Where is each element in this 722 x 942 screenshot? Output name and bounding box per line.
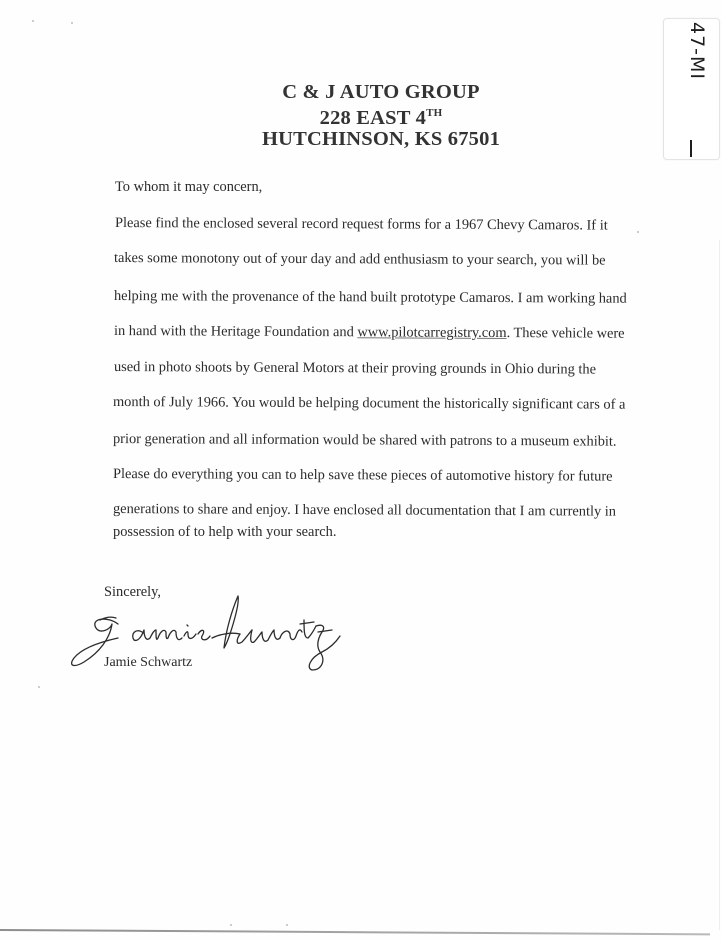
margin-tag-tick-mark xyxy=(690,140,692,157)
body-line: used in photo shoots by General Motors a… xyxy=(114,359,596,379)
company-name: C & J AUTO GROUP xyxy=(250,82,512,103)
body-line: generations to share and enjoy. I have e… xyxy=(113,501,616,521)
body-line: Please do everything you can to help sav… xyxy=(113,466,613,486)
body-line: possession of to help with your search. xyxy=(113,524,336,541)
scan-speck xyxy=(38,686,40,688)
pilotcarregistry-link[interactable]: www.pilotcarregistry.com xyxy=(357,324,506,341)
scan-speck xyxy=(286,924,288,926)
body-line: prior generation and all information wou… xyxy=(113,431,617,451)
body-line: helping me with the provenance of the ha… xyxy=(114,288,627,308)
body-line: in hand with the Heritage Foundation and… xyxy=(114,323,625,343)
scan-speck xyxy=(71,22,73,24)
scanned-letter-page: 47-MI C & J AUTO GROUP 228 EAST 4TH HUTC… xyxy=(0,0,722,942)
body-line-text: . These vehicle were xyxy=(507,325,625,342)
street-address: 228 EAST 4TH xyxy=(250,103,512,129)
body-line: month of July 1966. You would be helping… xyxy=(113,394,625,414)
body-line: takes some monotony out of your day and … xyxy=(114,250,606,270)
signer-name: Jamie Schwartz xyxy=(104,655,192,671)
page-bottom-edge xyxy=(0,929,710,935)
street-address-text: 228 EAST 4 xyxy=(320,107,426,129)
body-line: Please find the enclosed several record … xyxy=(115,215,608,235)
city-state-zip: HUTCHINSON, KS 67501 xyxy=(250,129,512,150)
body-line-text: in hand with the Heritage Foundation and xyxy=(114,323,357,340)
scan-speck xyxy=(230,924,232,926)
scan-speck xyxy=(32,20,34,22)
street-address-suffix: TH xyxy=(426,107,442,119)
scan-speck xyxy=(637,231,639,233)
page-right-edge xyxy=(719,240,720,930)
salutation: To whom it may concern, xyxy=(115,179,262,196)
margin-tag-handwritten: 47-MI xyxy=(684,22,708,80)
letterhead: C & J AUTO GROUP 228 EAST 4TH HUTCHINSON… xyxy=(250,82,512,150)
